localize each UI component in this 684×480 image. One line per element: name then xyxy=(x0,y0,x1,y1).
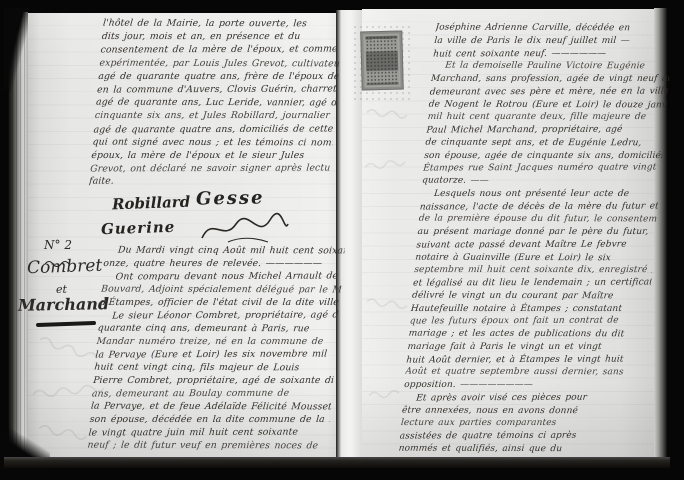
manuscript-line: dits jour, mois et an, en présence et du xyxy=(101,30,342,43)
manuscript-line: de la première épouse du dit futur, le c… xyxy=(418,213,657,227)
manuscript-line: la ville de Paris le dix neuf juillet mi… xyxy=(434,35,673,48)
book-bottom-edge xyxy=(4,457,670,468)
signature-gesse: Gesse xyxy=(196,187,265,209)
manuscript-line: la Pervaye (Eure et Loir) les six novemb… xyxy=(95,347,336,361)
signature-guerine: Guerine xyxy=(101,218,176,239)
manuscript-line: neuf ; le dit futur veuf en premières no… xyxy=(87,439,328,452)
manuscript-line: ans, demeurant au Boulay commune de xyxy=(91,386,332,400)
manuscript-line: nommés et qualifiés, ainsi que du xyxy=(398,442,637,455)
manuscript-line: onze, quatre heures de relevée. —————— xyxy=(103,257,344,270)
left-page-act-2: Du Mardi vingt cinq Août mil huit cent s… xyxy=(87,244,345,452)
manuscript-line: son épouse, agée de cinquante six ans, d… xyxy=(424,150,663,163)
manuscript-line: lecture aux parties comparantes xyxy=(400,417,639,430)
manuscript-line: la Pervaye, et de feue Adélaïde Félicité… xyxy=(90,400,331,414)
manuscript-line: et légalisé au dit lieu le lendemain ; u… xyxy=(413,276,652,290)
manuscript-line: de Nogent le Rotrou (Eure et Loir) le do… xyxy=(428,98,667,112)
manuscript-line: demeurant avec ses père et mère, née en … xyxy=(429,85,668,99)
scanned-register-photo: l'hôtel de la Mairie, la porte ouverte, … xyxy=(0,0,684,480)
manuscript-line: de cinquante sept ans, et de Eugénie Led… xyxy=(425,136,664,150)
manuscript-line: Paul Michel Marchand, propriétaire, agé xyxy=(426,123,665,137)
manuscript-line: Pierre Combret, propriétaire, agé de soi… xyxy=(93,374,334,387)
revenue-stamp-icon xyxy=(360,30,404,90)
manuscript-line: Marchand, sans profession, agée de vingt… xyxy=(430,73,669,86)
manuscript-line: Le sieur Léonor Combret, propriétaire, a… xyxy=(98,308,339,322)
manuscript-line: quatorze. —— xyxy=(421,175,660,189)
manuscript-line: septembre mil huit cent soixante dix, en… xyxy=(414,264,653,277)
manuscript-line: huit Août dernier, et à Étampes le vingt… xyxy=(406,353,645,367)
manuscript-line: d'Étampes, officier de l'état civil de l… xyxy=(99,296,340,309)
margin-name-combret: Combret xyxy=(27,256,103,279)
manuscript-line: qui ont signé avec nous ; et les témoins… xyxy=(92,135,333,149)
manuscript-line: agé de quarante quatre ans, domiciliés d… xyxy=(93,122,334,136)
manuscript-line: Joséphine Adrienne Carville, décédée en xyxy=(435,22,674,35)
manuscript-line: assistées de quatre témoins ci après xyxy=(399,429,638,443)
left-page-act-ending: l'hôtel de la Mairie, la porte ouverte, … xyxy=(88,17,343,189)
manuscript-line: Et la demoiselle Pauline Victoire Eugéni… xyxy=(432,60,671,74)
manuscript-line: Lesquels nous ont présenté leur acte de xyxy=(420,188,659,201)
manuscript-line: Hautefeuille notaire à Étampes ; constat… xyxy=(410,303,649,316)
manuscript-line: être annexées, nous en avons donné xyxy=(401,404,640,418)
manuscript-line: en la commune d'Auvers, Clovis Guérin, c… xyxy=(97,82,338,96)
manuscript-line: Et après avoir visé ces pièces pour xyxy=(402,391,641,405)
manuscript-line: Août et quatre septembre aussi dernier, … xyxy=(405,366,644,380)
signature-robillard: Robillard xyxy=(112,193,191,214)
manuscript-line: suivant acte passé devant Maître Le febv… xyxy=(416,238,655,252)
manuscript-line: son épouse, décédée en la dite commune d… xyxy=(89,413,330,426)
manuscript-line: huit cent vingt cinq, fils majeur de Lou… xyxy=(94,361,335,375)
revenue-stamp-pattern xyxy=(365,36,398,86)
manuscript-line: expérimentée, par Louis Jules Grevot, cu… xyxy=(99,56,340,70)
margin-act-number: N° 2 xyxy=(44,238,72,252)
manuscript-line: quarante cinq ans, demeurant à Paris, ru… xyxy=(97,322,338,336)
manuscript-line: Du Mardi vingt cinq Août mil huit cent s… xyxy=(104,244,345,257)
manuscript-line: l'hôtel de la Mairie, la porte ouverte, … xyxy=(102,17,343,31)
manuscript-line: le vingt quatre juin mil huit cent soixa… xyxy=(88,425,329,439)
manuscript-line: mariage fait à Paris le vingt un et ving… xyxy=(407,341,646,354)
right-page-act-text: Joséphine Adrienne Carville, décédée enl… xyxy=(398,22,674,456)
manuscript-line: agé de quarante quatre ans, frère de l'é… xyxy=(98,70,339,83)
manuscript-line: faite. xyxy=(89,175,330,189)
manuscript-line: consentement de la mère de l'époux, et c… xyxy=(100,43,341,57)
manuscript-line: cinquante six ans, et Jules Robillard, j… xyxy=(94,109,335,122)
manuscript-line: notaire à Guainville (Eure et Loir) le s… xyxy=(415,251,654,265)
manuscript-line: Bouvard, Adjoint spécialement délégué pa… xyxy=(101,283,342,297)
manuscript-line: au présent mariage donné par le père du … xyxy=(417,226,656,239)
manuscript-line: Mandar numéro treize, né en la commune d… xyxy=(96,335,337,348)
manuscript-line: huit cent soixante neuf. —————— xyxy=(433,47,672,61)
manuscript-line: opposition. ———————— xyxy=(404,379,643,392)
manuscript-line: époux, la mère de l'époux et le sieur Ju… xyxy=(91,149,332,162)
manuscript-line: délivré le vingt un du courant par Maîtr… xyxy=(411,289,650,303)
margin-name-marchand: Marchand xyxy=(18,294,109,315)
manuscript-line: naissance, l'acte de décès de la mère du… xyxy=(419,200,658,214)
manuscript-line: mil huit cent quarante deux, fille majeu… xyxy=(427,111,666,124)
manuscript-line: Étampes rue Saint Jacques numéro quatre … xyxy=(423,162,662,176)
manuscript-line: Ont comparu devant nous Michel Arnault d… xyxy=(102,269,343,283)
manuscript-line: que les futurs époux ont fait un contrat… xyxy=(409,315,648,329)
manuscript-line: agé de quarante ans, Luc Leride, vannier… xyxy=(95,96,336,110)
manuscript-line: mariage ; et les actes de publications d… xyxy=(408,328,647,342)
